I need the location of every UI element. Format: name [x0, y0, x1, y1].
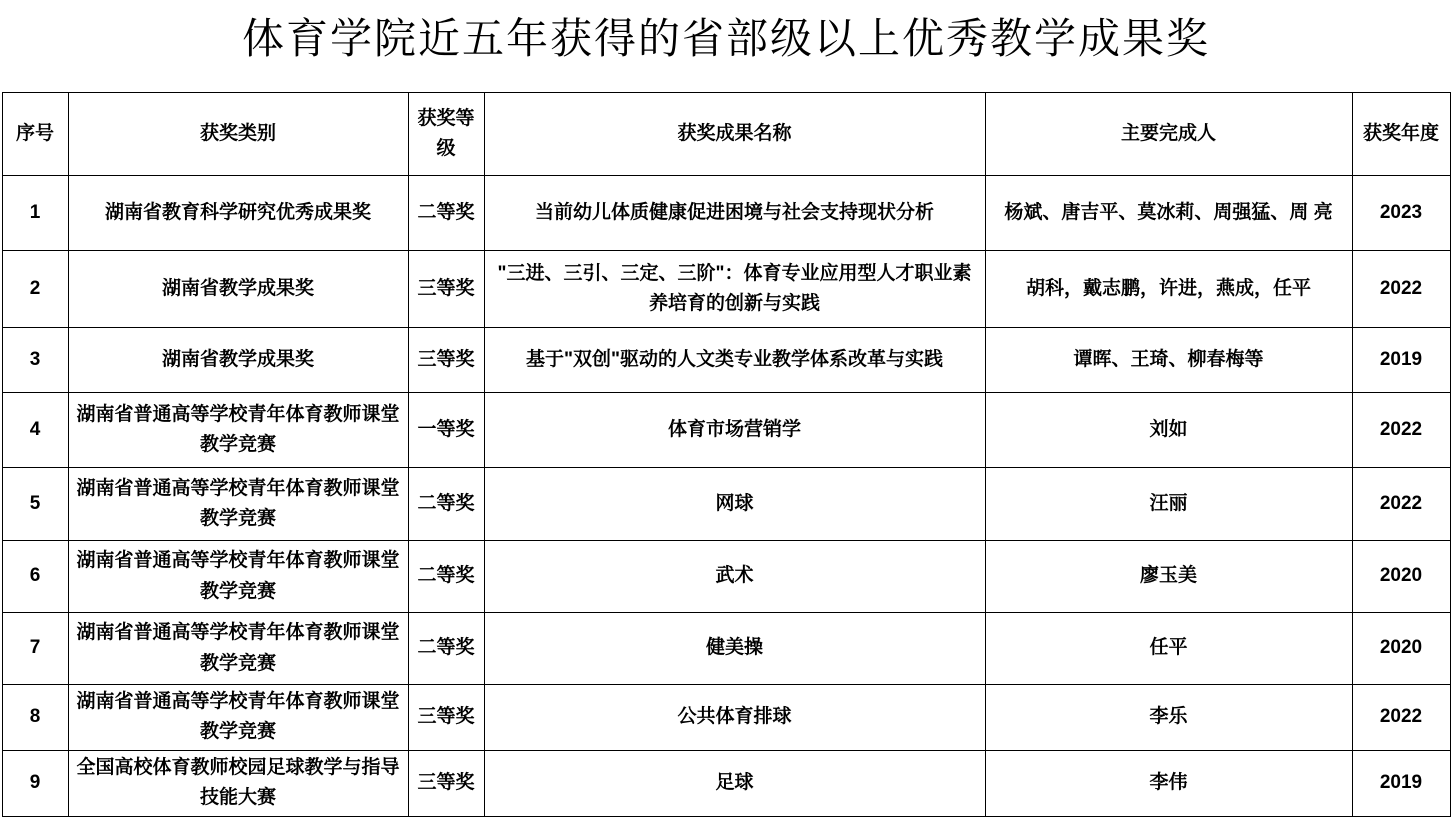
table-row: 5湖南省普通高等学校青年体育教师课堂教学竞赛二等奖网球汪丽2022 — [2, 468, 1450, 541]
year-cell: 2019 — [1352, 750, 1450, 816]
header-cell-level: 获奖等级 — [408, 93, 484, 176]
achievement-cell: 体育市场营销学 — [484, 393, 985, 468]
year-cell: 2022 — [1352, 393, 1450, 468]
row-number-cell: 5 — [2, 468, 68, 541]
header-cell-index: 序号 — [2, 93, 68, 176]
contributors-cell: 汪丽 — [985, 468, 1352, 541]
header-cell-year: 获奖年度 — [1352, 93, 1450, 176]
contributors-cell: 廖玉美 — [985, 541, 1352, 613]
year-cell: 2023 — [1352, 176, 1450, 251]
awards-table: 序号 获奖类别 获奖等级 获奖成果名称 主要完成人 获奖年度 1湖南省教育科学研… — [2, 92, 1451, 817]
category-cell: 湖南省普通高等学校青年体育教师课堂教学竞赛 — [68, 541, 408, 613]
achievement-cell: 网球 — [484, 468, 985, 541]
achievement-cell: "三进、三引、三定、三阶"：体育专业应用型人才职业素养培育的创新与实践 — [484, 251, 985, 328]
year-cell: 2022 — [1352, 251, 1450, 328]
row-number-cell: 7 — [2, 613, 68, 685]
achievement-cell: 武术 — [484, 541, 985, 613]
header-cell-contributors: 主要完成人 — [985, 93, 1352, 176]
year-cell: 2022 — [1352, 468, 1450, 541]
contributors-cell: 谭晖、王琦、柳春梅等 — [985, 328, 1352, 393]
contributors-cell: 李乐 — [985, 685, 1352, 751]
level-cell: 三等奖 — [408, 685, 484, 751]
achievement-cell: 公共体育排球 — [484, 685, 985, 751]
contributors-cell: 任平 — [985, 613, 1352, 685]
table-row: 4湖南省普通高等学校青年体育教师课堂教学竞赛一等奖体育市场营销学刘如2022 — [2, 393, 1450, 468]
category-cell: 湖南省普通高等学校青年体育教师课堂教学竞赛 — [68, 468, 408, 541]
year-cell: 2022 — [1352, 685, 1450, 751]
contributors-cell: 胡科，戴志鹏，许进，燕成，任平 — [985, 251, 1352, 328]
table-row: 7湖南省普通高等学校青年体育教师课堂教学竞赛二等奖健美操任平2020 — [2, 613, 1450, 685]
level-cell: 三等奖 — [408, 251, 484, 328]
table-row: 9全国高校体育教师校园足球教学与指导技能大赛三等奖足球李伟2019 — [2, 750, 1450, 816]
table-row: 6湖南省普通高等学校青年体育教师课堂教学竞赛二等奖武术廖玉美2020 — [2, 541, 1450, 613]
row-number-cell: 2 — [2, 251, 68, 328]
year-cell: 2019 — [1352, 328, 1450, 393]
achievement-cell: 基于"双创"驱动的人文类专业教学体系改革与实践 — [484, 328, 985, 393]
header-cell-category: 获奖类别 — [68, 93, 408, 176]
row-number-cell: 8 — [2, 685, 68, 751]
contributors-cell: 刘如 — [985, 393, 1352, 468]
level-cell: 二等奖 — [408, 176, 484, 251]
header-cell-achievement: 获奖成果名称 — [484, 93, 985, 176]
level-cell: 一等奖 — [408, 393, 484, 468]
row-number-cell: 3 — [2, 328, 68, 393]
table-row: 2湖南省教学成果奖三等奖"三进、三引、三定、三阶"：体育专业应用型人才职业素养培… — [2, 251, 1450, 328]
level-cell: 二等奖 — [408, 541, 484, 613]
level-cell: 二等奖 — [408, 613, 484, 685]
category-cell: 湖南省教学成果奖 — [68, 251, 408, 328]
level-cell: 三等奖 — [408, 750, 484, 816]
category-cell: 全国高校体育教师校园足球教学与指导技能大赛 — [68, 750, 408, 816]
category-cell: 湖南省普通高等学校青年体育教师课堂教学竞赛 — [68, 685, 408, 751]
contributors-cell: 李伟 — [985, 750, 1352, 816]
header-row: 序号 获奖类别 获奖等级 获奖成果名称 主要完成人 获奖年度 — [2, 93, 1450, 176]
table-row: 3湖南省教学成果奖三等奖基于"双创"驱动的人文类专业教学体系改革与实践谭晖、王琦… — [2, 328, 1450, 393]
achievement-cell: 足球 — [484, 750, 985, 816]
category-cell: 湖南省教学成果奖 — [68, 328, 408, 393]
table-body: 1湖南省教育科学研究优秀成果奖二等奖当前幼儿体质健康促进困境与社会支持现状分析杨… — [2, 176, 1450, 817]
row-number-cell: 9 — [2, 750, 68, 816]
category-cell: 湖南省教育科学研究优秀成果奖 — [68, 176, 408, 251]
achievement-cell: 健美操 — [484, 613, 985, 685]
row-number-cell: 6 — [2, 541, 68, 613]
table-header: 序号 获奖类别 获奖等级 获奖成果名称 主要完成人 获奖年度 — [2, 93, 1450, 176]
table-row: 1湖南省教育科学研究优秀成果奖二等奖当前幼儿体质健康促进困境与社会支持现状分析杨… — [2, 176, 1450, 251]
row-number-cell: 1 — [2, 176, 68, 251]
category-cell: 湖南省普通高等学校青年体育教师课堂教学竞赛 — [68, 393, 408, 468]
level-cell: 二等奖 — [408, 468, 484, 541]
category-cell: 湖南省普通高等学校青年体育教师课堂教学竞赛 — [68, 613, 408, 685]
year-cell: 2020 — [1352, 541, 1450, 613]
row-number-cell: 4 — [2, 393, 68, 468]
page-title: 体育学院近五年获得的省部级以上优秀教学成果奖 — [0, 0, 1452, 56]
year-cell: 2020 — [1352, 613, 1450, 685]
achievement-cell: 当前幼儿体质健康促进困境与社会支持现状分析 — [484, 176, 985, 251]
document-page: 体育学院近五年获得的省部级以上优秀教学成果奖 序号 获奖类别 获奖等级 获奖成果… — [0, 0, 1452, 818]
level-cell: 三等奖 — [408, 328, 484, 393]
table-row: 8湖南省普通高等学校青年体育教师课堂教学竞赛三等奖公共体育排球李乐2022 — [2, 685, 1450, 751]
contributors-cell: 杨斌、唐吉平、莫冰莉、周强猛、周 亮 — [985, 176, 1352, 251]
